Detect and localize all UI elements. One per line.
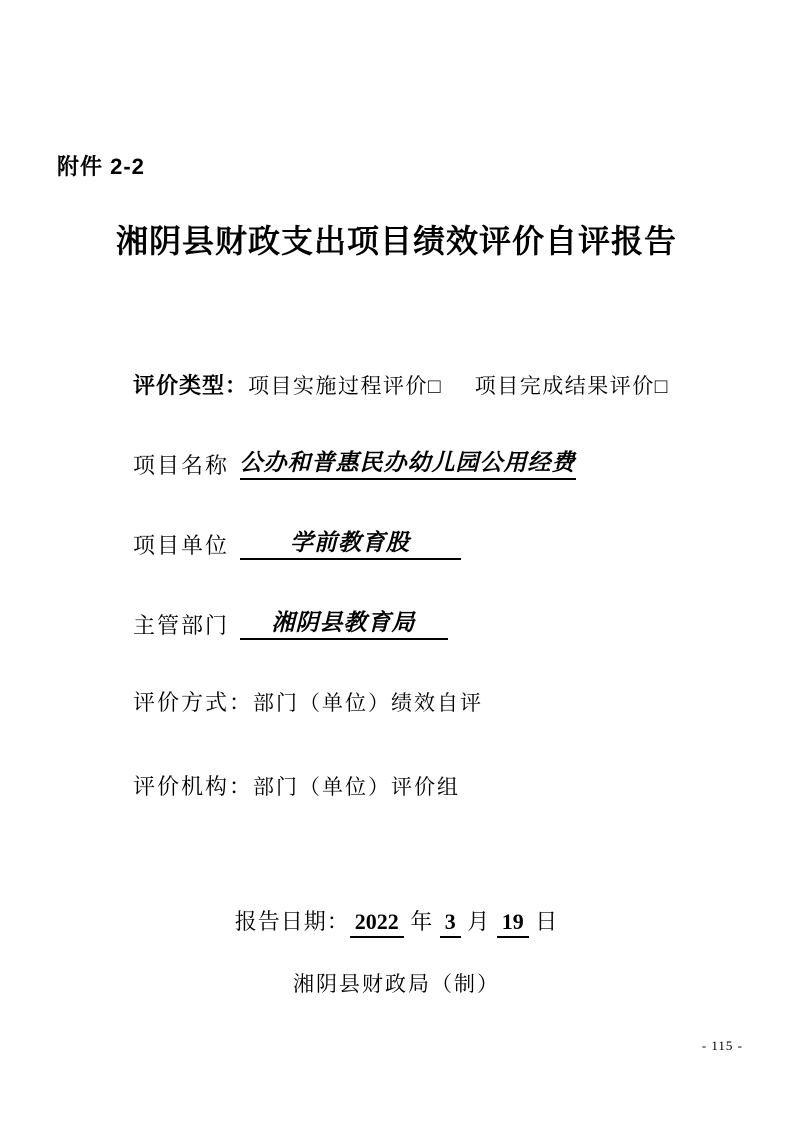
project-unit-label: 项目单位 xyxy=(133,533,229,558)
evaluation-type-option-result: 项目完成结果评价□ xyxy=(475,374,668,398)
page-number: - 115 - xyxy=(702,1038,743,1054)
report-date-day: 19 xyxy=(497,909,529,938)
evaluation-method-value: 部门（单位）绩效自评 xyxy=(253,691,483,715)
report-date-year: 2022 xyxy=(350,909,404,938)
authority-label: 主管部门 xyxy=(133,613,229,638)
checkbox-process-icon[interactable]: □ xyxy=(428,374,441,398)
report-date-line: 报告日期：2022 年 3 月 19 日 xyxy=(0,905,793,938)
report-date-month-suffix: 月 xyxy=(467,909,490,934)
project-unit-value: 学前教育股 xyxy=(240,524,461,560)
evaluation-type-line: 评价类型：项目实施过程评价□项目完成结果评价□ xyxy=(133,369,667,400)
issuer-line: 湘阴县财政局（制） xyxy=(0,968,793,998)
option-process-label: 项目实施过程评价 xyxy=(248,374,428,398)
project-name-line: 项目名称 公办和普惠民办幼儿园公用经费 xyxy=(133,444,576,480)
attachment-label: 附件 2-2 xyxy=(57,150,145,181)
document-page: 附件 2-2 湘阴县财政支出项目绩效评价自评报告 评价类型：项目实施过程评价□项… xyxy=(0,0,793,1122)
report-date-year-suffix: 年 xyxy=(410,909,433,934)
option-result-label: 项目完成结果评价 xyxy=(475,374,655,398)
evaluation-method-label: 评价方式： xyxy=(133,690,253,715)
evaluation-org-line: 评价机构：部门（单位）评价组 xyxy=(133,770,460,801)
project-name-label: 项目名称 xyxy=(133,453,229,478)
project-unit-line: 项目单位 学前教育股 xyxy=(133,524,461,560)
evaluation-method-line: 评价方式：部门（单位）绩效自评 xyxy=(133,686,483,717)
report-date-day-suffix: 日 xyxy=(535,909,558,934)
authority-line: 主管部门 湘阴县教育局 xyxy=(133,604,448,640)
report-date-label: 报告日期： xyxy=(235,909,350,934)
authority-value: 湘阴县教育局 xyxy=(240,604,448,640)
checkbox-result-icon[interactable]: □ xyxy=(655,374,668,398)
evaluation-org-value: 部门（单位）评价组 xyxy=(253,775,460,799)
project-name-value: 公办和普惠民办幼儿园公用经费 xyxy=(240,444,576,480)
evaluation-type-label: 评价类型： xyxy=(133,373,248,398)
document-title: 湘阴县财政支出项目绩效评价自评报告 xyxy=(0,216,793,262)
evaluation-org-label: 评价机构： xyxy=(133,774,253,799)
evaluation-type-option-process: 项目实施过程评价□ xyxy=(248,374,441,398)
report-date-month: 3 xyxy=(440,909,461,938)
